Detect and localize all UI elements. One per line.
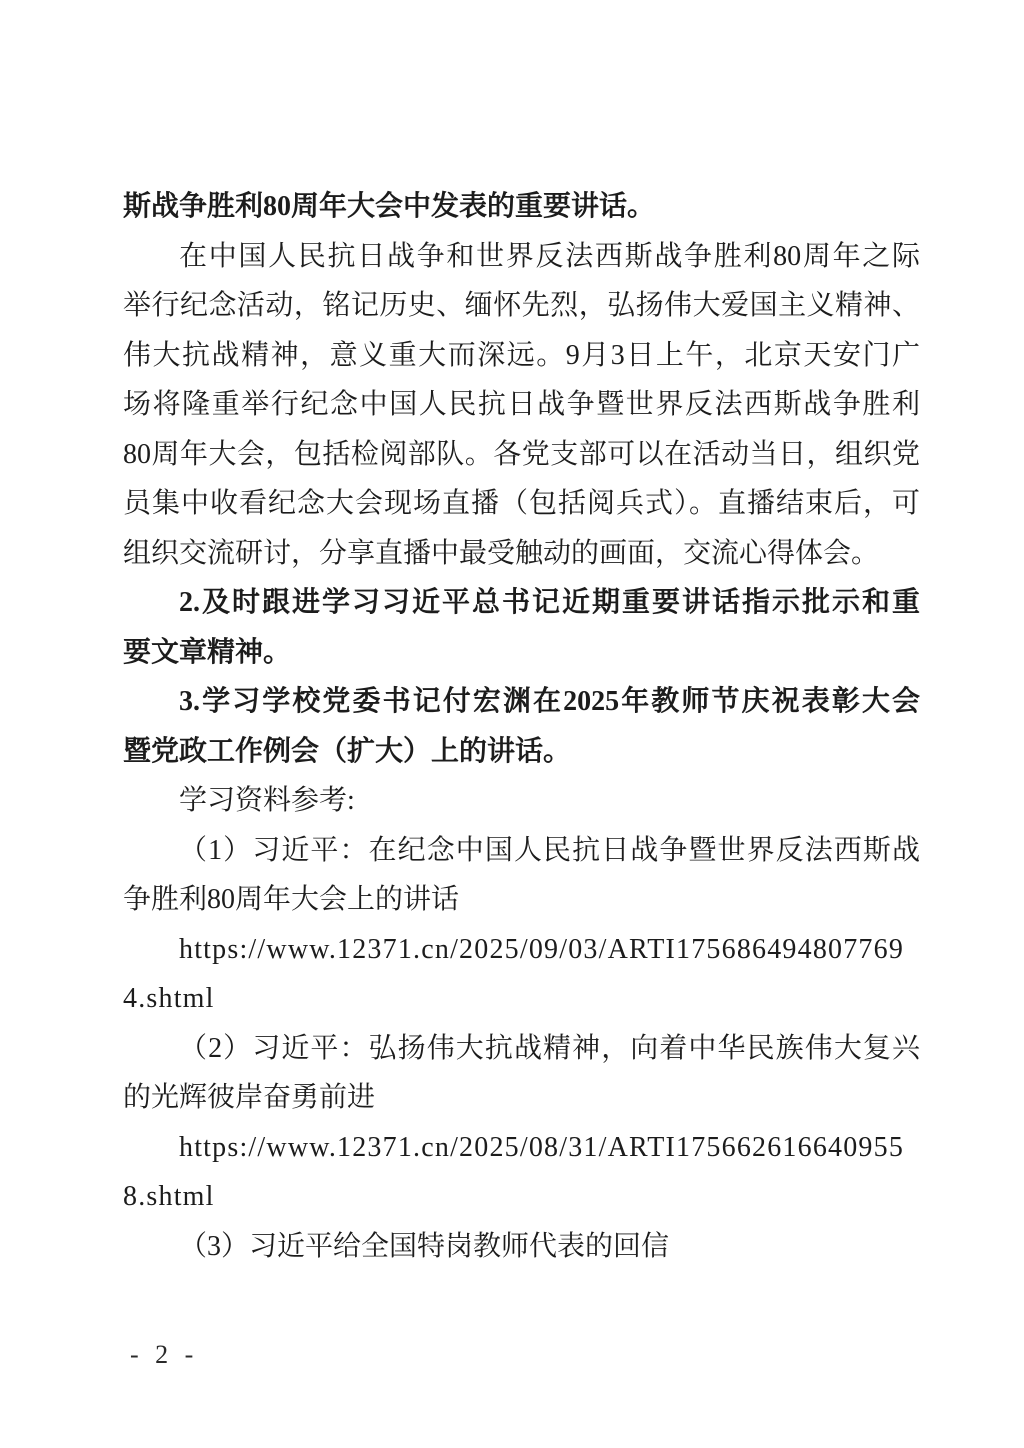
text-line: （2）习近平：弘扬伟大抗战精神，向着中华民族伟大复兴: [123, 1024, 920, 1074]
text-line: 举行纪念活动，铭记历史、缅怀先烈，弘扬伟大爱国主义精神、: [123, 281, 920, 331]
text-line: 要文章精神。: [123, 628, 920, 678]
text-line: 暨党政工作例会（扩大）上的讲话。: [123, 727, 920, 777]
text-line: 在中国人民抗日战争和世界反法西斯战争胜利80周年之际: [123, 232, 920, 282]
text-line: 4.shtml: [123, 974, 920, 1024]
text-line: 的光辉彼岸奋勇前进: [123, 1073, 920, 1123]
document-page: 斯战争胜利80周年大会中发表的重要讲话。在中国人民抗日战争和世界反法西斯战争胜利…: [0, 0, 1024, 1448]
text-line: 2.及时跟进学习习近平总书记近期重要讲话指示批示和重: [123, 578, 920, 628]
text-line: https://www.12371.cn/2025/09/03/ARTI1756…: [123, 925, 920, 975]
text-line: 员集中收看纪念大会现场直播（包括阅兵式）。直播结束后，可: [123, 479, 920, 529]
text-line: 8.shtml: [123, 1172, 920, 1222]
text-line: 80周年大会，包括检阅部队。各党支部可以在活动当日，组织党: [123, 430, 920, 480]
text-line: https://www.12371.cn/2025/08/31/ARTI1756…: [123, 1123, 920, 1173]
text-line: 争胜利80周年大会上的讲话: [123, 875, 920, 925]
text-line: 学习资料参考:: [123, 776, 920, 826]
page-number: - 2 -: [130, 1340, 198, 1370]
text-line: 斯战争胜利80周年大会中发表的重要讲话。: [123, 182, 920, 232]
text-line: （3）习近平给全国特岗教师代表的回信: [123, 1222, 920, 1272]
text-line: 场将隆重举行纪念中国人民抗日战争暨世界反法西斯战争胜利: [123, 380, 920, 430]
text-line: （1）习近平：在纪念中国人民抗日战争暨世界反法西斯战: [123, 826, 920, 876]
document-body: 斯战争胜利80周年大会中发表的重要讲话。在中国人民抗日战争和世界反法西斯战争胜利…: [123, 182, 920, 1271]
text-line: 3.学习学校党委书记付宏渊在2025年教师节庆祝表彰大会: [123, 677, 920, 727]
text-line: 组织交流研讨，分享直播中最受触动的画面，交流心得体会。: [123, 529, 920, 579]
text-line: 伟大抗战精神，意义重大而深远。9月3日上午，北京天安门广: [123, 331, 920, 381]
